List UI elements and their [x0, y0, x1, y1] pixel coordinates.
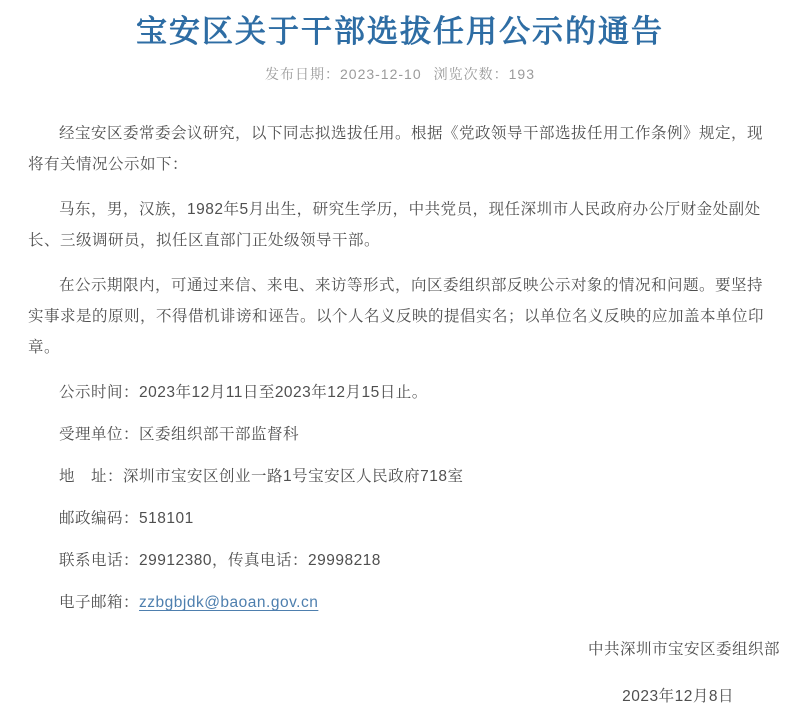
- paragraph-intro: 经宝安区委常委会议研究，以下同志拟选拔任用。根据《党政领导干部选拔任用工作条例》…: [28, 118, 770, 180]
- info-line-phone: 联系电话：29912380，传真电话：29998218: [28, 545, 770, 576]
- notice-page: 宝安区关于干部选拔任用公示的通告 发布日期：2023-12-10浏览次数：193…: [0, 0, 800, 708]
- info-line-email: 电子邮箱：zzbgbjdk@baoan.gov.cn: [28, 587, 770, 618]
- views-count: 193: [509, 66, 535, 82]
- info-line-postcode: 邮政编码：518101: [28, 503, 770, 534]
- views-label: 浏览次数：: [434, 66, 509, 82]
- signature-org: 中共深圳市宝安区委组织部: [0, 634, 800, 665]
- meta-line: 发布日期：2023-12-10浏览次数：193: [0, 66, 800, 82]
- paragraph-feedback: 在公示期限内，可通过来信、来电、来访等形式，向区委组织部反映公示对象的情况和问题…: [28, 270, 770, 363]
- email-label: 电子邮箱：: [59, 594, 139, 611]
- email-link[interactable]: zzbgbjdk@baoan.gov.cn: [139, 594, 318, 611]
- info-line-address: 地 址：深圳市宝安区创业一路1号宝安区人民政府718室: [28, 461, 770, 492]
- page-title: 宝安区关于干部选拔任用公示的通告: [0, 0, 800, 50]
- notice-body: 经宝安区委常委会议研究，以下同志拟选拔任用。根据《党政领导干部选拔任用工作条例》…: [0, 82, 800, 618]
- info-line-accepting-unit: 受理单位：区委组织部干部监督科: [28, 419, 770, 450]
- paragraph-candidate: 马东，男，汉族，1982年5月出生，研究生学历，中共党员，现任深圳市人民政府办公…: [28, 194, 770, 256]
- publish-date-label: 发布日期：: [265, 66, 340, 82]
- info-line-publicity-period: 公示时间：2023年12月11日至2023年12月15日止。: [28, 377, 770, 408]
- publish-date-value: 2023-12-10: [340, 66, 422, 82]
- signature-date: 2023年12月8日: [0, 681, 800, 708]
